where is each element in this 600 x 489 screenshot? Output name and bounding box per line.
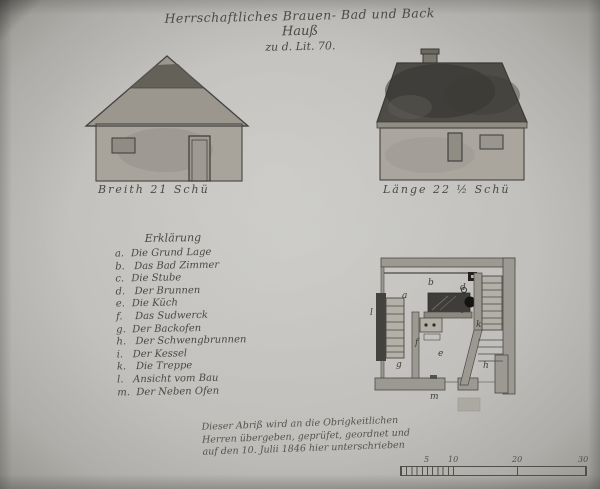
floor-plan-drawing: [368, 250, 533, 420]
front-elevation-caption: Breith 21 Schü: [98, 183, 228, 196]
legend-item-letter: g.: [116, 324, 132, 337]
legend-title: Erklärung: [145, 230, 285, 245]
plan-label: b: [428, 278, 434, 288]
plan-label: m: [430, 392, 439, 402]
hearth-ledge: [424, 312, 472, 318]
scale-tick: [517, 466, 518, 476]
plan-label: k: [476, 320, 481, 330]
legend-item-letter: b.: [115, 261, 131, 274]
legend-item-letter: d.: [115, 286, 131, 299]
legend-item-letter: e.: [116, 299, 132, 312]
legend-item: m.Der Neben Ofen: [117, 384, 287, 400]
scale-bar: 5 10 20 30: [400, 455, 587, 477]
plan-top-wall: [381, 258, 515, 267]
plan-label: d: [460, 283, 466, 293]
scale-bar-subdivisions: [401, 467, 454, 475]
legend-item-letter: k.: [117, 362, 133, 375]
bottom-note: Dieser Abriß wird an die Obrigkeitlichen…: [201, 414, 417, 459]
gable-vent-patch: [130, 64, 204, 88]
legend: Erklärung a.Die Grund Lage b.Das Bad Zim…: [115, 230, 288, 400]
legend-item-letter: i.: [117, 349, 133, 362]
plan-outside-step: [458, 398, 480, 411]
chimney-cap: [421, 49, 439, 54]
scale-tick: [585, 466, 586, 476]
plan-label: i: [461, 306, 464, 316]
scale-bar-rule: [400, 466, 587, 476]
legend-item-letter: c.: [115, 273, 131, 286]
side-window: [480, 135, 503, 149]
plan-label: f: [415, 338, 418, 348]
plan-label: h: [483, 361, 489, 371]
legend-item-letter: f.: [116, 311, 132, 324]
plan-label: g: [396, 360, 402, 370]
scanned-architectural-drawing: Herrschaftliches Brauen- Bad und Back Ha…: [0, 0, 600, 489]
side-elevation-drawing: [370, 45, 535, 185]
legend-item-letter: a.: [115, 248, 131, 261]
legend-item-letter: l.: [117, 374, 133, 387]
plan-door-mark: [430, 375, 437, 379]
scale-tick-label: 20: [512, 455, 522, 464]
front-window: [112, 138, 135, 153]
stairs-upper: [482, 276, 502, 330]
oven-back-bar: [376, 293, 386, 361]
floor-plan: a b d e f g h i k l m: [368, 250, 533, 420]
eave-band: [377, 122, 527, 128]
furnace-doors: [420, 318, 442, 332]
plan-label: e: [438, 349, 443, 359]
plan-label: a: [402, 291, 407, 301]
scale-tick-label: 10: [448, 455, 458, 464]
legend-item-text: Der Neben Ofen: [136, 384, 287, 399]
legend-item-letter: m.: [117, 387, 133, 400]
scale-tick-label: 5: [424, 455, 429, 464]
plan-label: l: [370, 308, 373, 318]
side-elevation-caption: Länge 22 ½ Schü: [383, 183, 523, 196]
plan-bottom-wall-left: [375, 378, 445, 390]
diagonal-wall: [460, 330, 482, 385]
scale-tick-label: 30: [578, 455, 588, 464]
side-door: [448, 133, 462, 161]
oven-flues: [386, 298, 404, 358]
front-elevation-drawing: [80, 50, 260, 190]
legend-item-letter: h.: [116, 336, 132, 349]
